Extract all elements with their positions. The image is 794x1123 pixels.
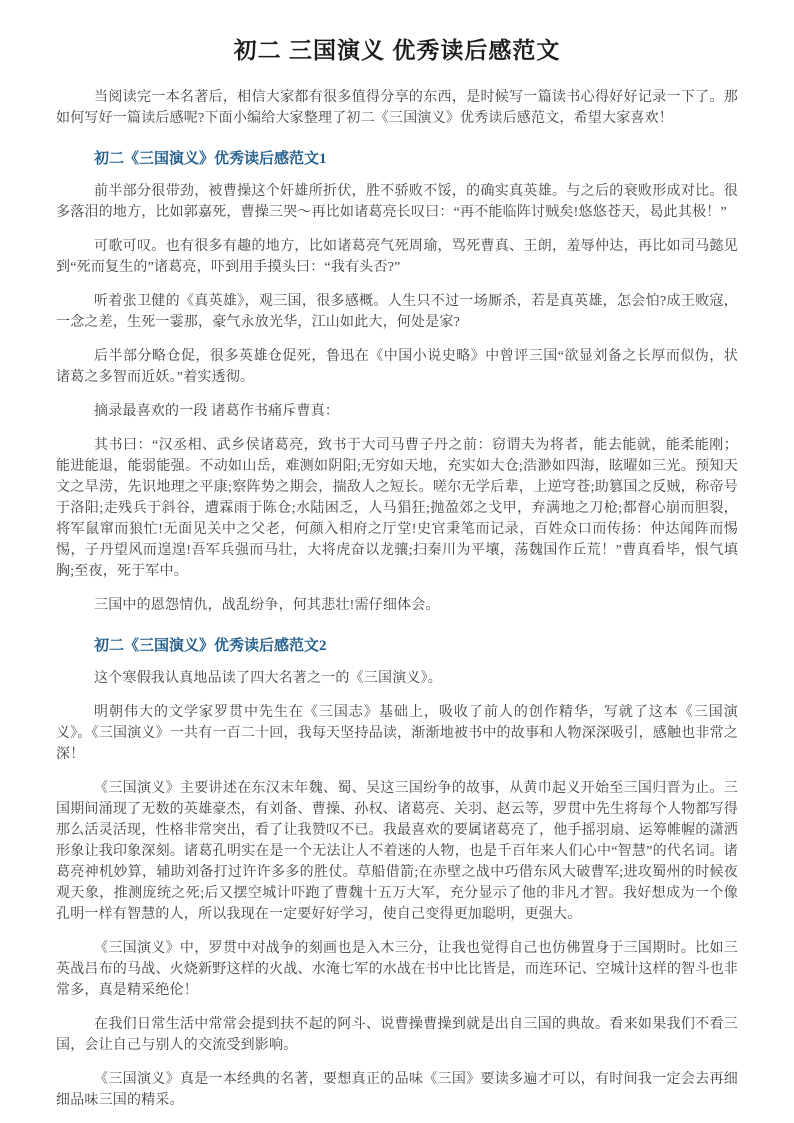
paragraph: 在我们日常生活中常常会提到扶不起的阿斗、说曹操曹操到就是出自三国的典故。看来如果… — [56, 1014, 738, 1056]
paragraph: 明朝伟大的文学家罗贯中先生在《三国志》基础上，吸收了前人的创作精华，写就了这本《… — [56, 702, 738, 765]
paragraph: 前半部分很带劲，被曹操这个奸雄所折伏，胜不骄败不馁，的确实真英雄。与之后的衰败形… — [56, 181, 738, 223]
section-heading: 初二《三国演义》优秀读后感范文1 — [56, 147, 738, 168]
paragraph: 摘录最喜欢的一段 诸葛作书痛斥曹真： — [56, 401, 738, 422]
paragraph: 《三国演义》真是一本经典的名著，要想真正的品味《三国》要读多遍才可以，有时间我一… — [56, 1069, 738, 1111]
paragraph: 三国中的恩怨情仇，战乱纷争，何其悲壮!需仔细体会。 — [56, 595, 738, 616]
paragraph: 可歌可叹。也有很多有趣的地方，比如诸葛亮气死周瑜，骂死曹真、王朗，羞辱仲达，再比… — [56, 236, 738, 278]
document-title: 初二 三国演义 优秀读后感范文 — [56, 32, 738, 65]
paragraph: 这个寒假我认真地品读了四大名著之一的《三国演义》。 — [56, 668, 738, 689]
paragraph: 当阅读完一本名著后，相信大家都有很多值得分享的东西，是时候写一篇读书心得好好记录… — [56, 87, 738, 129]
document-page: 初二 三国演义 优秀读后感范文 当阅读完一本名著后，相信大家都有很多值得分享的东… — [0, 0, 794, 1123]
paragraph: 其书曰：“汉丞相、武乡侯诸葛亮，致书于大司马曹子丹之前：窃谓夫为将者，能去能就，… — [56, 435, 738, 582]
paragraph: 听着张卫健的《真英雄》，观三国，很多感概。人生只不过一场厮杀，若是真英雄，怎会怕… — [56, 291, 738, 333]
document-body: 当阅读完一本名著后，相信大家都有很多值得分享的东西，是时候写一篇读书心得好好记录… — [56, 87, 738, 1111]
paragraph: 《三国演义》主要讲述在东汉末年魏、蜀、吴这三国纷争的故事，从黄巾起义开始至三国归… — [56, 778, 738, 925]
paragraph: 《三国演义》中，罗贯中对战争的刻画也是入木三分，让我也觉得自己也仿佛置身于三国期… — [56, 938, 738, 1001]
paragraph: 后半部分略仓促，很多英雄仓促死，鲁迅在《中国小说史略》中曾评三国“欲显刘备之长厚… — [56, 346, 738, 388]
section-heading: 初二《三国演义》优秀读后感范文2 — [56, 634, 738, 655]
